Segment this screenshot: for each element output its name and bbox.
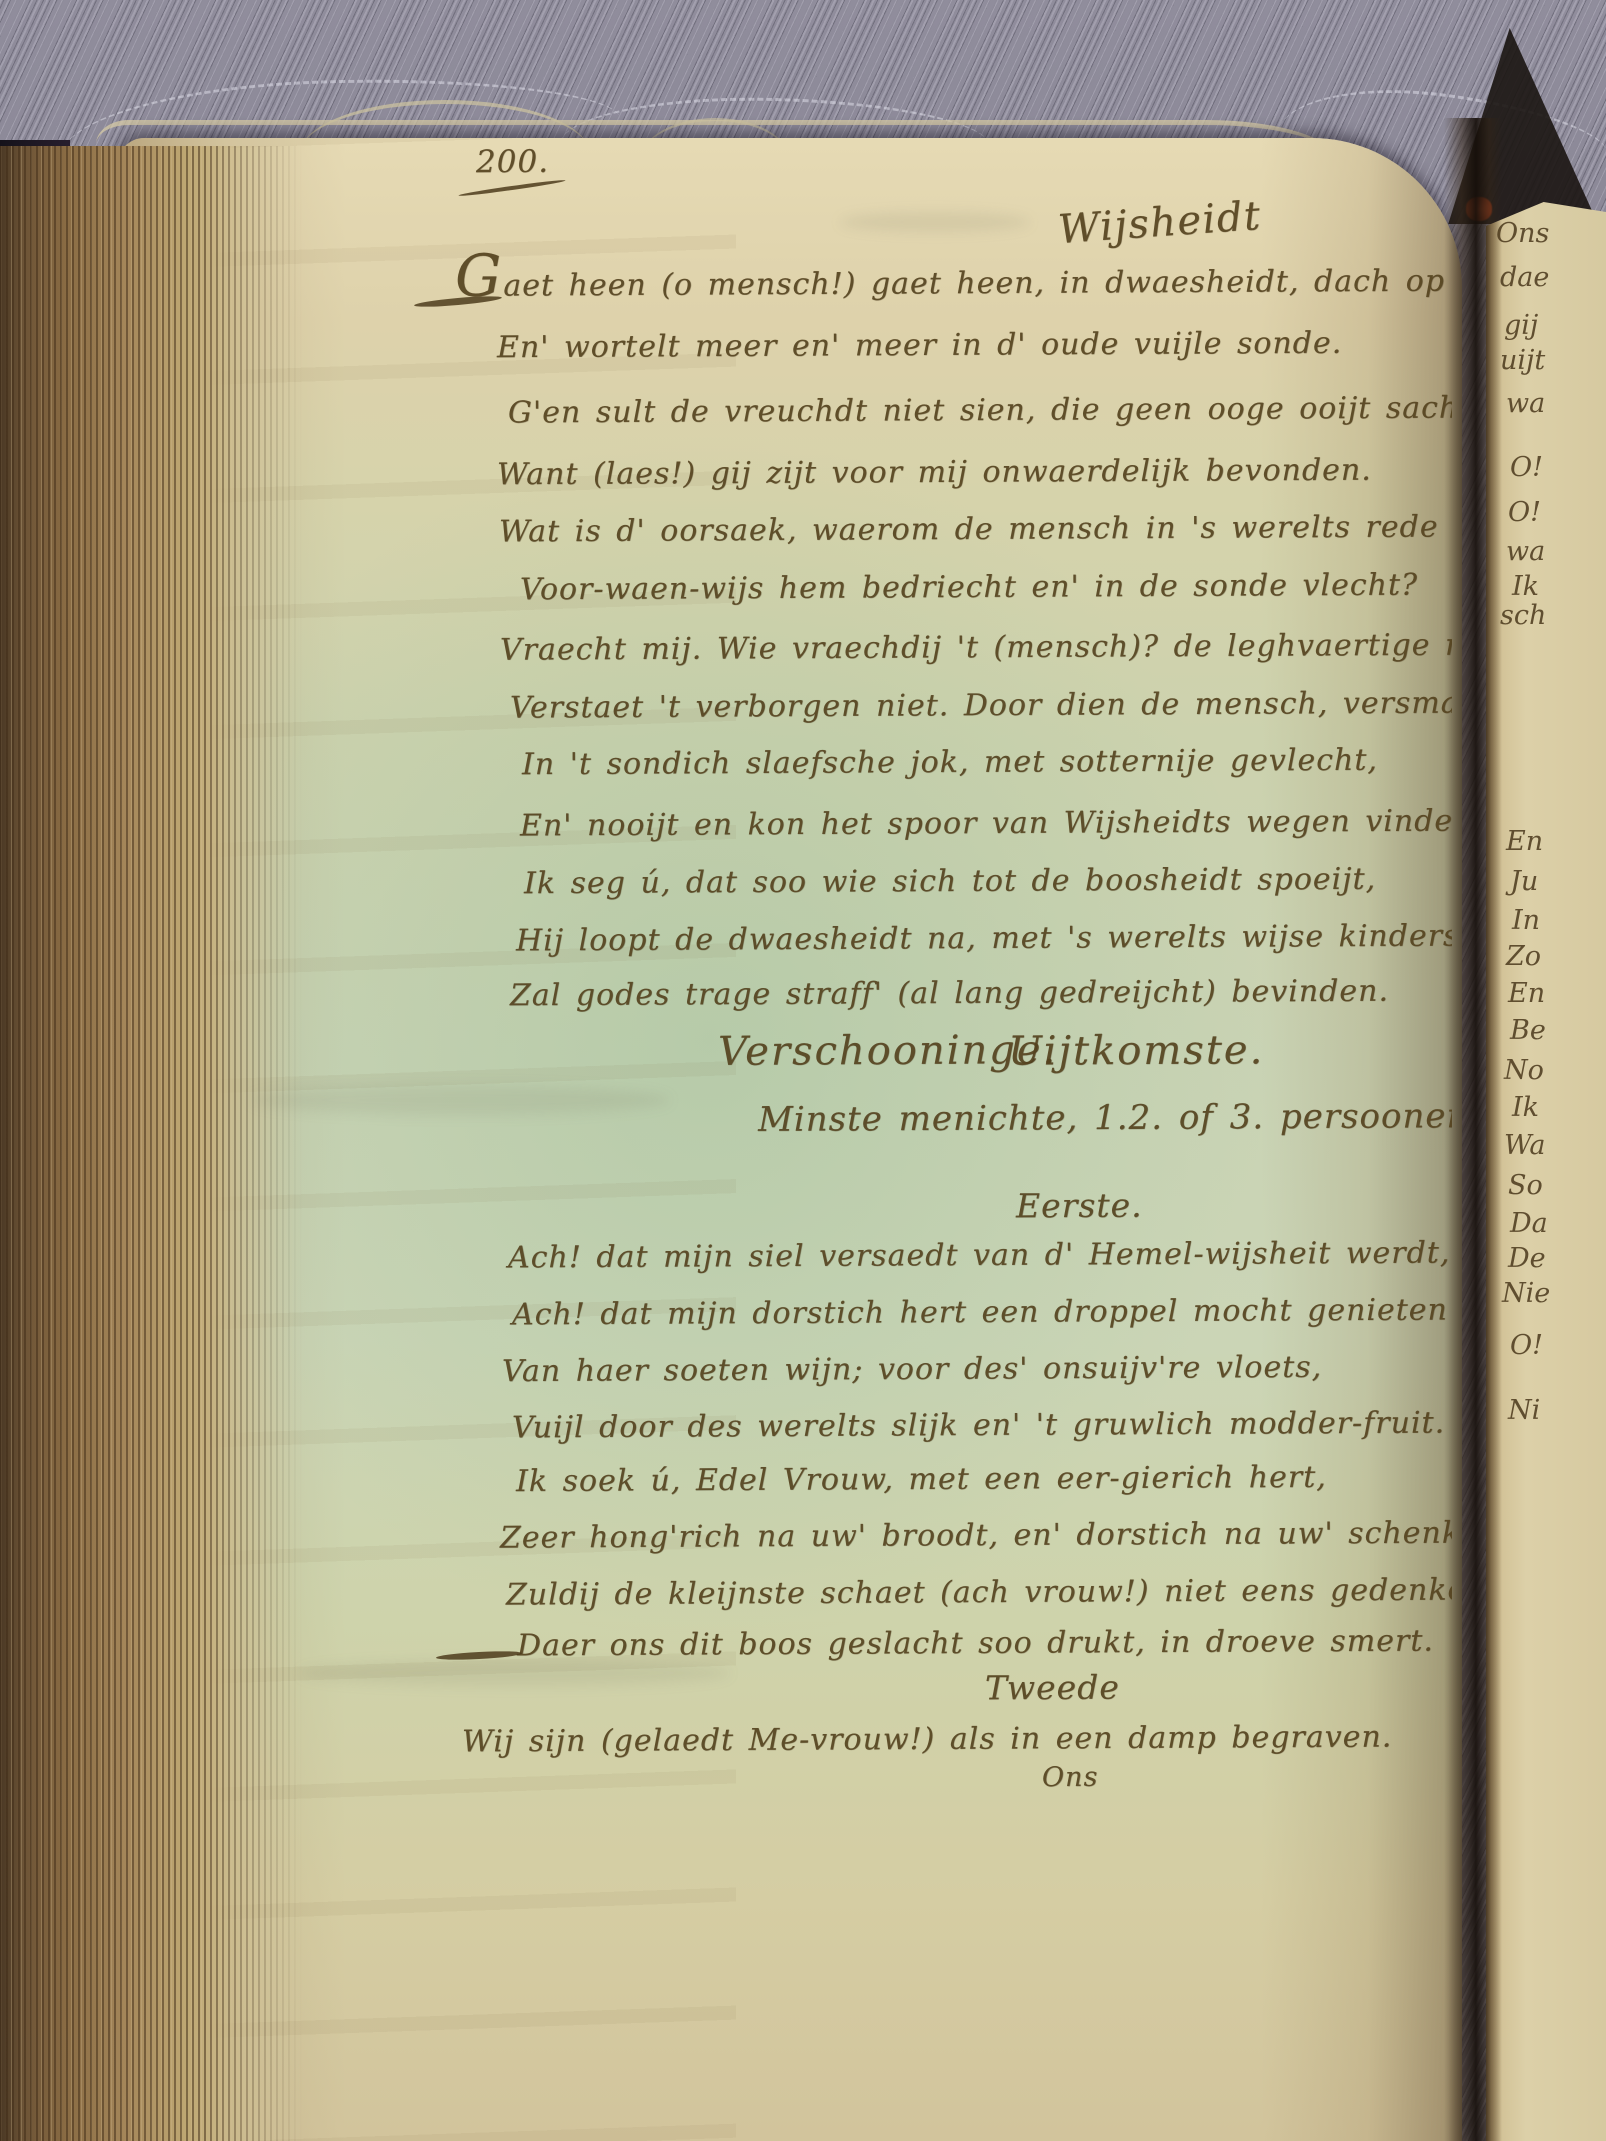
recto-fragment: Wa xyxy=(1504,1130,1546,1161)
recto-fragment: En xyxy=(1508,978,1545,1009)
handwriting-layer: 200. Wijsheidt Gaet heen (o mensch!) gae… xyxy=(0,0,1452,2141)
recto-fragment: De xyxy=(1508,1243,1546,1274)
recto-fragment: In xyxy=(1512,905,1540,936)
scene-heading-uijtkomste: Uijtkomste. xyxy=(1008,1027,1264,1074)
verse-line: Daer ons dit boos geslacht soo drukt, in… xyxy=(517,1624,1434,1664)
verse-line: Ik soek ú, Edel Vrouw, met een eer-gieri… xyxy=(516,1460,1327,1499)
recto-fragment: wa xyxy=(1506,536,1545,567)
recto-fragment: Be xyxy=(1510,1015,1546,1046)
speaker-heading-tweede: Tweede xyxy=(985,1668,1120,1708)
verse-line: Wat is d' oorsaek, waerom de mensch in '… xyxy=(499,510,1439,550)
verse-line: Vuijl door des werelts slijk en' 't gruw… xyxy=(512,1406,1445,1446)
recto-fragment: sch xyxy=(1500,600,1546,631)
recto-fragment: O! xyxy=(1508,497,1541,528)
verse-line: Ach! dat mijn siel versaedt van d' Hemel… xyxy=(508,1236,1451,1276)
verse-line: Vraecht mij. Wie vraechdij 't (mensch)? … xyxy=(500,627,1452,667)
recto-fragment: Ik xyxy=(1512,571,1539,602)
recto-fragment: uijt xyxy=(1500,345,1545,376)
recto-fragment: Zo xyxy=(1506,941,1541,972)
verse-line: Ik seg ú, dat soo wie sich tot de booshe… xyxy=(524,862,1376,901)
verse-line: Van haer soeten wijn; voor des' onsuijv'… xyxy=(502,1350,1322,1389)
verse-line: Zeer hong'rich na uw' broodt, en' dorsti… xyxy=(500,1515,1452,1555)
verse-line: Zuldij de kleijnste schaet (ach vrouw!) … xyxy=(506,1572,1452,1612)
verse-line: Gaet heen (o mensch!) gaet heen, in dwae… xyxy=(455,255,1452,304)
page-title: Wijsheidt xyxy=(1057,193,1263,253)
cast-size-note: Minste menichte, 1.2. of 3. persoonen. xyxy=(758,1096,1452,1140)
verse-line: Wij sijn (gelaedt Me-vrouw!) als in een … xyxy=(462,1720,1392,1760)
recto-fragment: Da xyxy=(1510,1208,1548,1239)
recto-fragment: O! xyxy=(1510,452,1543,483)
speaker-heading-eerste: Eerste. xyxy=(1016,1186,1143,1226)
folio-number: 200. xyxy=(476,144,549,180)
verse-line: Zal godes trage straff' (al lang gedreij… xyxy=(510,974,1389,1014)
recto-fragment: Ik xyxy=(1512,1092,1539,1123)
recto-fragment: Ju xyxy=(1510,866,1538,897)
recto-fragment: So xyxy=(1508,1170,1543,1201)
folio-underline xyxy=(458,179,566,198)
verse-line: En' wortelt meer en' meer in d' oude vui… xyxy=(497,326,1342,365)
manuscript-photo: Ons dae gij uijt wa O! O! wa Ik sch En J… xyxy=(0,0,1606,2141)
recto-fragment: gij xyxy=(1504,310,1538,341)
recto-fragment: wa xyxy=(1506,388,1545,419)
line-lead-dash xyxy=(436,1650,522,1661)
recto-fragment: Nie xyxy=(1502,1278,1550,1309)
recto-fragment: Ni xyxy=(1508,1395,1540,1426)
scene-heading-verschooninge: Verschooninge. xyxy=(718,1027,1057,1075)
verse-line: G'en sult de vreuchdt niet sien, die gee… xyxy=(508,390,1452,430)
recto-fragment: dae xyxy=(1500,262,1549,293)
recto-fragment: Ons xyxy=(1496,218,1549,249)
verse-line: Want (laes!) gij zijt voor mij onwaerdel… xyxy=(497,453,1372,493)
verse-line: Voor-waen-wijs hem bedriecht en' in de s… xyxy=(520,568,1418,608)
verse-line: Verstaet 't verborgen niet. Door dien de… xyxy=(510,685,1452,725)
verse-line: In 't sondich slaefsche jok, met sottern… xyxy=(522,743,1378,782)
verse-line: En' nooijt en kon het spoor van Wijsheid… xyxy=(520,803,1452,843)
recto-fragment: En xyxy=(1506,826,1543,857)
catchword: Ons xyxy=(1042,1762,1099,1793)
verse-line: Hij loopt de dwaesheidt na, met 's werel… xyxy=(516,919,1452,959)
recto-fragment: O! xyxy=(1510,1330,1543,1361)
recto-fragment: No xyxy=(1504,1055,1544,1086)
verse-line: Ach! dat mijn dorstich hert een droppel … xyxy=(512,1293,1448,1333)
